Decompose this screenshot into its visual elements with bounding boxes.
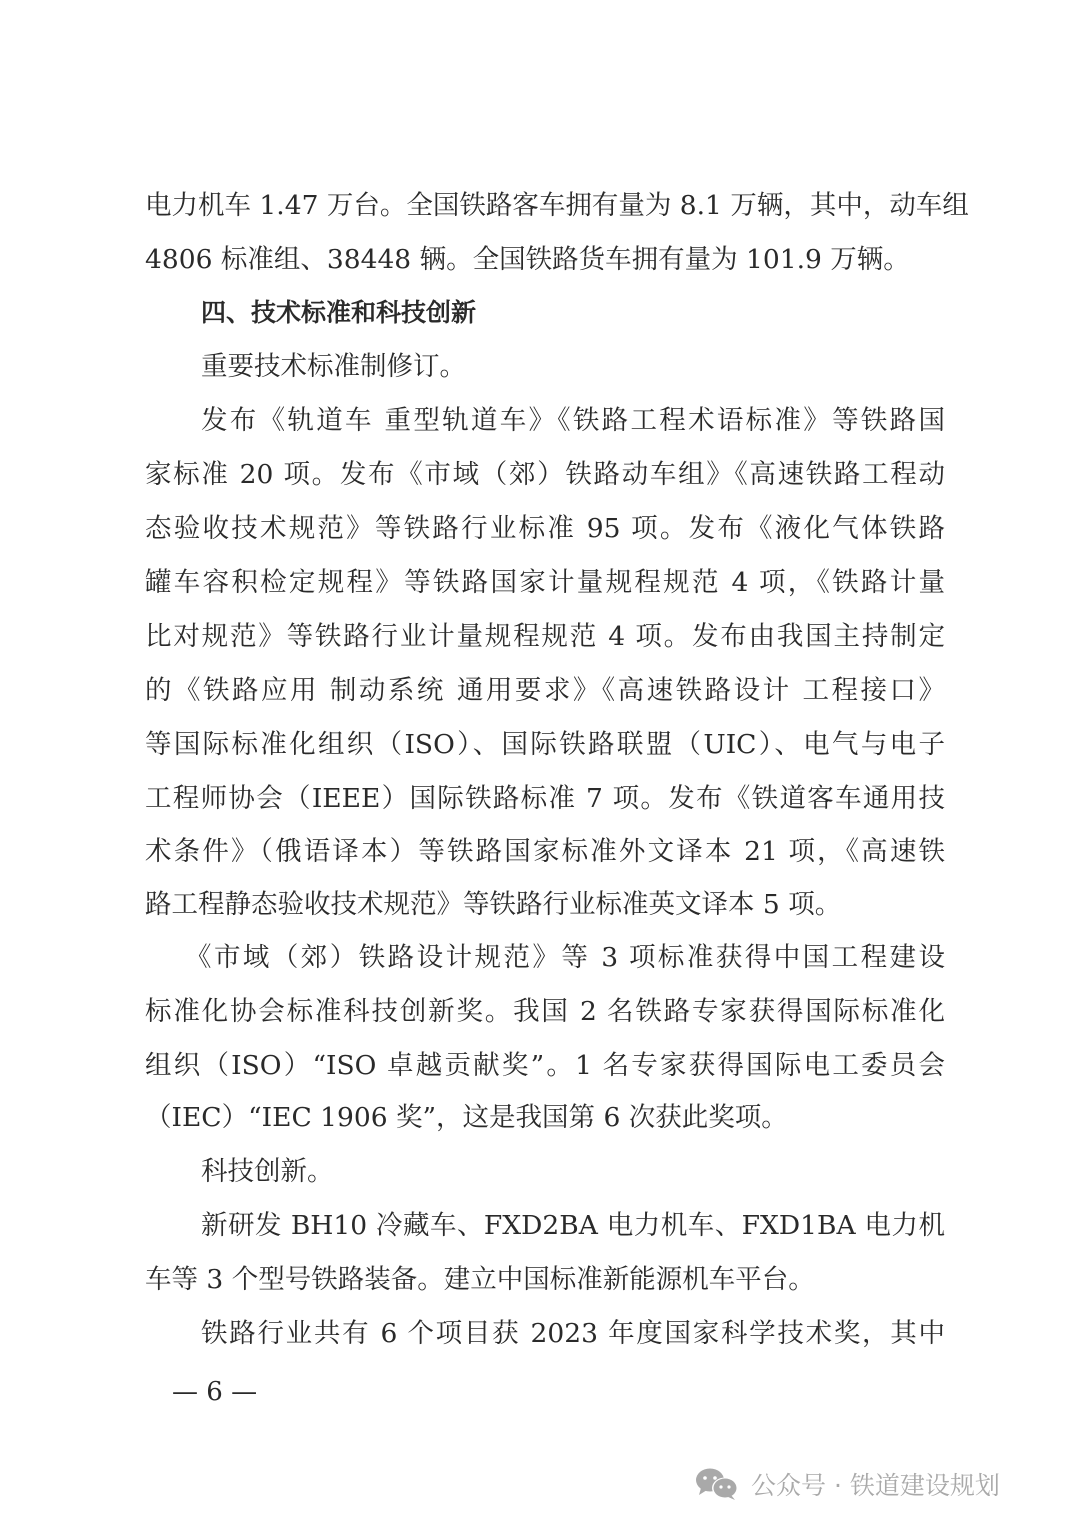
text-line: 工程师协会（IEEE）国际铁路标准 7 项。发布《铁道客车通用技 [145,779,945,819]
text-line: 铁路行业共有 6 个项目获 2023 年度国家科学技术奖，其中 [145,1314,945,1354]
watermark: 公众号 · 铁道建设规划 [695,1466,1000,1502]
section-heading: 四、技术标准和科技创新 [145,293,945,333]
text-line: 标准化协会标准科技创新奖。我国 2 名铁路专家获得国际标准化 [145,992,945,1032]
text-line: 组织（ISO）“ISO 卓越贡献奖”。1 名专家获得国际电工委员会 [145,1046,945,1086]
text-line: 4806 标准组、38448 辆。全国铁路货车拥有量为 101.9 万辆。 [145,240,945,280]
text-line: 《市域（郊）铁路设计规范》等 3 项标准获得中国工程建设 [145,938,945,978]
text-line: 电力机车 1.47 万台。全国铁路客车拥有量为 8.1 万辆，其中，动车组 [145,186,945,226]
subheading: 科技创新。 [145,1152,945,1192]
text-line: 新研发 BH10 冷藏车、FXD2BA 电力机车、FXD1BA 电力机 [145,1206,945,1246]
wechat-icon [695,1467,739,1501]
text-line: 术条件》（俄语译本）等铁路国家标准外文译本 21 项，《高速铁 [145,832,945,872]
text-line: 态验收技术规范》等铁路行业标准 95 项。发布《液化气体铁路 [145,509,945,549]
text-line: 路工程静态验收技术规范》等铁路行业标准英文译本 5 项。 [145,885,945,925]
watermark-text: 公众号 · 铁道建设规划 [751,1466,1000,1502]
page-number: — 6 — [172,1372,257,1412]
text-line: 车等 3 个型号铁路装备。建立中国标准新能源机车平台。 [145,1260,945,1300]
subheading: 重要技术标准制修订。 [145,347,945,387]
text-line: 罐车容积检定规程》等铁路国家计量规程规范 4 项，《铁路计量 [145,563,945,603]
text-line: 比对规范》等铁路行业计量规程规范 4 项。发布由我国主持制定 [145,617,945,657]
text-line: 发布《轨道车 重型轨道车》《铁路工程术语标准》等铁路国 [145,401,945,441]
text-line: （IEC）“IEC 1906 奖”，这是我国第 6 次获此奖项。 [145,1098,945,1138]
text-line: 家标准 20 项。发布《市域（郊）铁路动车组》《高速铁路工程动 [145,455,945,495]
text-line: 等国际标准化组织（ISO）、国际铁路联盟（UIC）、电气与电子 [145,725,945,765]
text-line: 的《铁路应用 制动系统 通用要求》《高速铁路设计 工程接口》 [145,671,945,711]
